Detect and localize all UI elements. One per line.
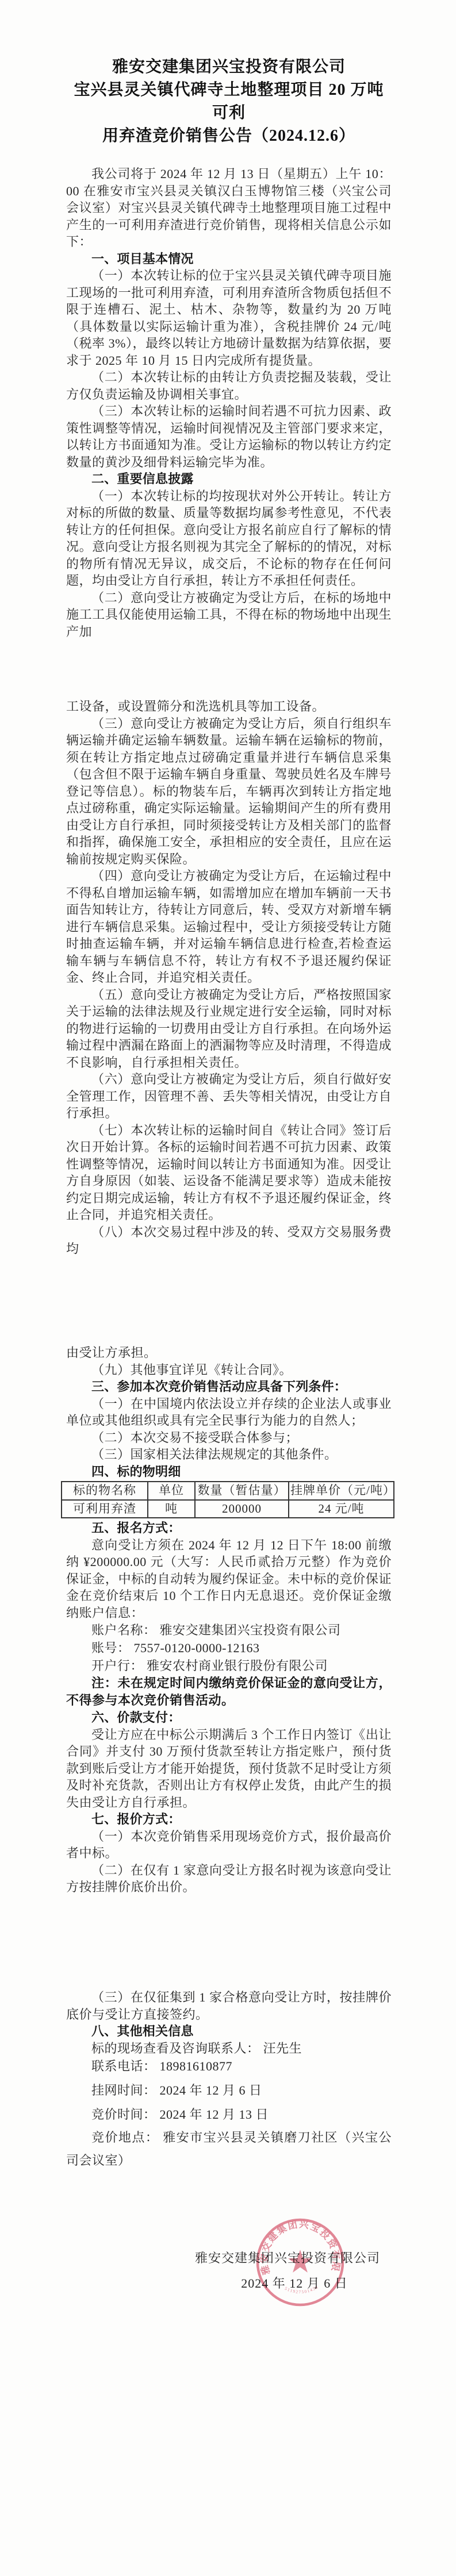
signature-date: 2024 年 12 月 6 日 (214, 2274, 375, 2292)
doc-paragraph: （三）意向受让方被确定为受让方后，须自行组织车辆运输并确定运输车辆数量。运输车辆… (66, 715, 392, 868)
doc-paragraph: 我公司将于 2024 年 12 月 13 日（星期五）上午 10：00 在雅安市… (66, 165, 392, 250)
table-cell: 24 元/吨 (289, 1500, 394, 1518)
table-cell: 可利用弃渣 (62, 1500, 148, 1518)
document-page-1: 雅安交建集团兴宝投资有限公司宝兴县灵关镇代碑寺土地整理项目 20 万吨可利用弃渣… (66, 56, 392, 640)
doc-paragraph: （一）本次竞价销售采用现场竞价方式，报价最高价者中标。 (66, 1828, 392, 1862)
contact-info-line: 竞价时间： 2024 年 12 月 13 日 (66, 2106, 392, 2123)
document-page-4: （三）在仅征集到 1 家合格意向受让方时，按挂牌价底价与受让方直接签约。八、其他… (66, 1989, 392, 2172)
doc-paragraph: （三）国家相关法律法规规定的其他条件。 (66, 1446, 392, 1463)
section-heading: 三、参加本次竞价销售活动应具备下列条件： (66, 1378, 392, 1395)
section-heading: 七、报价方式： (66, 1811, 392, 1828)
account-info-line: 账户名称： 雅安交建集团兴宝投资有限公司 (66, 1621, 392, 1639)
doc-paragraph: （四）意向受让方被确定为受让方后，在运输过程中不得私自增加运输车辆，如需增加应在… (66, 867, 392, 986)
doc-paragraph: 由受让方承担。 (66, 1344, 392, 1362)
section-heading: 五、报名方式： (66, 1520, 392, 1537)
doc-paragraph: （二）在仅有 1 家意向受让方报名时视为该意向受让方按挂牌价底价出价。 (66, 1862, 392, 1896)
doc-paragraph: 意向受让方须在 2024 年 12 月 12 日下午 18:00 前缴纳 ¥20… (66, 1537, 392, 1622)
signature-company: 雅安交建集团兴宝投资有限公司 (190, 2249, 385, 2266)
table-header-cell: 挂牌单价（元/吨） (289, 1482, 394, 1500)
doc-paragraph: （二）意向受让方被确定为受让方后，在标的场地中施工工具仅能使用运输工具，不得在标… (66, 589, 392, 641)
doc-paragraph: （八）本次交易过程中涉及的转、受双方交易服务费均 (66, 1224, 392, 1258)
table-cell: 200000 (195, 1500, 289, 1518)
section-heading: 八、其他相关信息 (66, 2023, 392, 2040)
contact-info-line: 竞价地点： 雅安市宝兴县灵关镇磨刀社区（兴宝公司会议室） (66, 2126, 392, 2172)
table-header-cell: 单位 (148, 1482, 195, 1500)
section-heading: 四、标的物明细 (66, 1463, 392, 1480)
scanned-document: （三）在仅征集到 1 家合格意向受让方时，按挂牌价底价与受让方直接签约。八、其他… (0, 0, 456, 2576)
section-heading: 一、项目基本情况 (66, 250, 392, 268)
contact-info-line: 标的现场查看及咨询联系人： 汪先生 (66, 2040, 392, 2057)
doc-paragraph: 受让方应在中标公示期满后 3 个工作日内签订《出让合同》并支付 30 万预付货款… (66, 1726, 392, 1811)
seal-ring-text: 雅安交建集团兴宝投资有限公司 (254, 2216, 343, 2276)
doc-paragraph: （五）意向受让方被确定为受让方后，严格按照国家关于运输的法律法规及行业规定进行安… (66, 986, 392, 1071)
doc-paragraph: 工设备，或设置筛分和洗选机具等加工设备。 (66, 698, 392, 715)
doc-paragraph: （六）意向受让方被确定为受让方后，须自行做好安全管理工作，因管理不善、丢失等相关… (66, 1071, 392, 1122)
doc-paragraph: （七）本次转让标的运输时间自《转让合同》签订后次日开始计算。各标的运输时间若遇不… (66, 1122, 392, 1224)
doc-paragraph: （九）其他事宜详见《转让合同》。 (66, 1362, 392, 1379)
document-title: 雅安交建集团兴宝投资有限公司宝兴县灵关镇代碑寺土地整理项目 20 万吨可利用弃渣… (66, 56, 392, 148)
doc-title-line: 雅安交建集团兴宝投资有限公司 (66, 56, 392, 79)
section-heading: 二、重要信息披露 (66, 471, 392, 488)
contact-info-line: 联系电话： 18981610877 (66, 2058, 392, 2075)
document-page-3: 由受让方承担。（九）其他事宜详见《转让合同》。三、参加本次竞价销售活动应具备下列… (66, 1344, 392, 1896)
doc-paragraph: （二）本次交易不接受联合体参与； (66, 1429, 392, 1447)
table-header-cell: 数量（暂估量） (195, 1482, 289, 1500)
subject-details-table: 标的物名称单位数量（暂估量）挂牌单价（元/吨）可利用弃渣吨20000024 元/… (61, 1481, 394, 1518)
doc-paragraph: 注：未在规定时间内缴纳竞价保证金的意向受让方，不得参与本次竞价销售活动。 (66, 1675, 392, 1709)
document-page-2: 工设备，或设置筛分和洗选机具等加工设备。（三）意向受让方被确定为受让方后，须自行… (66, 698, 392, 1258)
doc-paragraph: （二）本次转让标的由转让方负责挖掘及装载，受让方仅负责运输及协调相关事宜。 (66, 369, 392, 403)
table-cell: 吨 (148, 1500, 195, 1518)
account-info-line: 账号： 7557-0120-0000-12163 (66, 1639, 392, 1657)
account-info-line: 开户行： 雅安农村商业银行股份有限公司 (66, 1657, 392, 1675)
table-header-cell: 标的物名称 (62, 1482, 148, 1500)
contact-info-line: 挂网时间： 2024 年 12 月 6 日 (66, 2082, 392, 2099)
table-row: 可利用弃渣吨20000024 元/吨 (62, 1500, 394, 1518)
doc-paragraph: （一）本次转让标的均按现状对外公开转让。转让方对标的所做的数量、质量等数据均属参… (66, 488, 392, 589)
section-heading: 六、价款支付： (66, 1709, 392, 1726)
svg-text:雅安交建集团兴宝投资有限公司: 雅安交建集团兴宝投资有限公司 (254, 2216, 343, 2276)
doc-paragraph: （三）在仅征集到 1 家合格意向受让方时，按挂牌价底价与受让方直接签约。 (66, 1989, 392, 2023)
doc-paragraph: （一）在中国境内依法设立并存续的企业法人或事业单位或其他组织或具有完全民事行为能… (66, 1395, 392, 1429)
doc-title-line: 宝兴县灵关镇代碑寺土地整理项目 20 万吨可利 (66, 79, 392, 125)
doc-paragraph: （三）本次转让标的运输时间若遇不可抗力因素、政策性调整等情况，运输时间视情况及主… (66, 403, 392, 471)
doc-title-line: 用弃渣竞价销售公告（2024.12.6） (66, 125, 392, 148)
table-header-row: 标的物名称单位数量（暂估量）挂牌单价（元/吨） (62, 1482, 394, 1500)
doc-paragraph: （一）本次转让标的位于宝兴县灵关镇代碑寺项目施工现场的一批可利用弃渣，可利用弃渣… (66, 267, 392, 369)
